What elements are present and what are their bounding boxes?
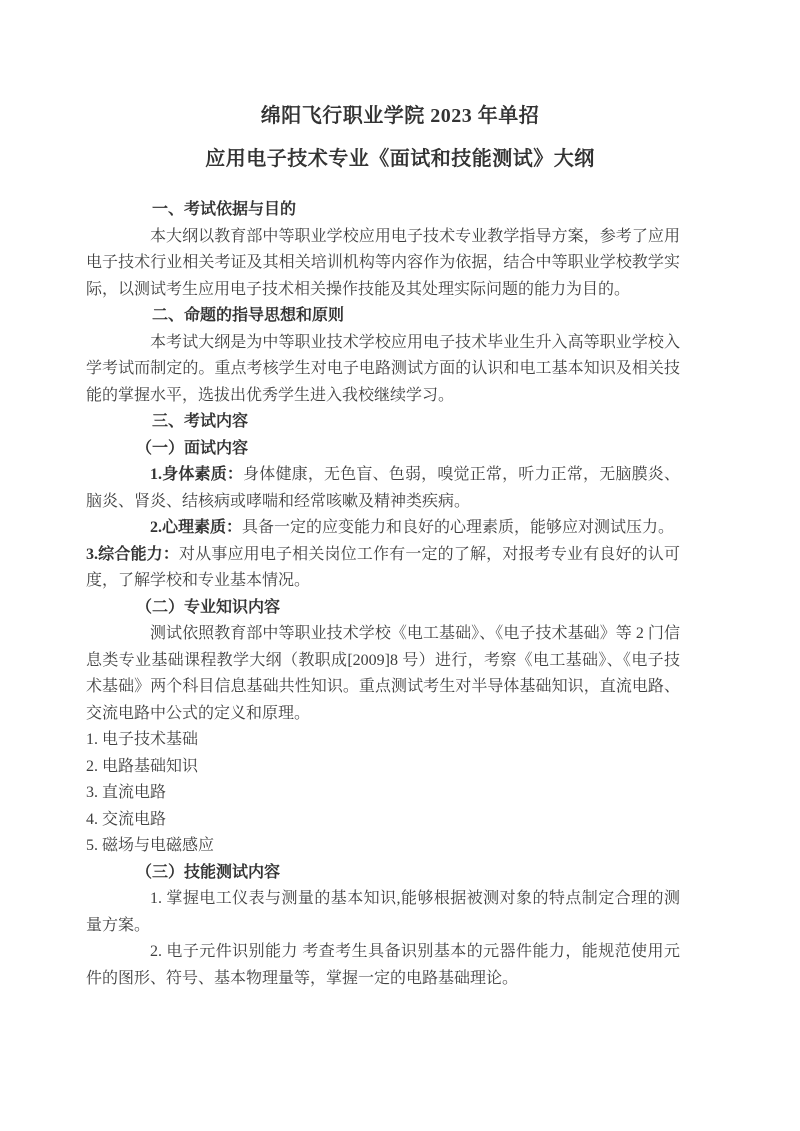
interview-item-comprehensive: 3.综合能力：对从事应用电子相关岗位工作有一定的了解，对报考专业有良好的认可度，…	[86, 542, 680, 595]
knowledge-list-item: 2. 电路基础知识	[86, 754, 680, 781]
interview-item-psychological-label: 2.心理素质：	[150, 519, 242, 536]
interview-item-physical-label: 1.身体素质：	[150, 466, 243, 483]
para-professional-knowledge: 测试依照教育部中等职业技术学校《电工基础》、《电子技术基础》等 2 门信息类专业…	[86, 621, 680, 727]
interview-item-physical: 1.身体素质：身体健康，无色盲、色弱，嗅觉正常，听力正常，无脑膜炎、脑炎、肾炎、…	[86, 462, 680, 515]
heading-exam-content: 三、考试内容	[152, 409, 680, 436]
knowledge-list-item: 1. 电子技术基础	[86, 727, 680, 754]
doc-title-line1: 绵阳飞行职业学院 2023 年单招	[0, 0, 800, 129]
knowledge-list-item: 4. 交流电路	[86, 807, 680, 834]
heading-exam-basis: 一、考试依据与目的	[152, 197, 680, 224]
heading-guiding-principles: 二、命题的指导思想和原则	[152, 303, 680, 330]
heading-interview-content: （一）面试内容	[136, 436, 680, 463]
knowledge-list-item: 3. 直流电路	[86, 780, 680, 807]
doc-body: 一、考试依据与目的 本大纲以教育部中等职业学校应用电子技术专业教学指导方案，参考…	[86, 197, 680, 992]
interview-item-psychological-text: 具备一定的应变能力和良好的心理素质，能够应对测试压力。	[242, 519, 674, 536]
para-guiding-principles: 本考试大纲是为中等职业技术学校应用电子技术毕业生升入高等职业学校入学考试而制定的…	[86, 330, 680, 410]
skill-item-component-identification: 2. 电子元件识别能力 考查考生具备识别基本的元器件能力，能规范使用元件的图形、…	[86, 939, 680, 992]
interview-item-psychological: 2.心理素质：具备一定的应变能力和良好的心理素质，能够应对测试压力。	[86, 515, 680, 542]
heading-professional-knowledge: （二）专业知识内容	[136, 595, 680, 622]
skill-item-measurement: 1. 掌握电工仪表与测量的基本知识,能够根据被测对象的特点制定合理的测量方案。	[86, 886, 680, 939]
doc-title-line2: 应用电子技术专业《面试和技能测试》大纲	[0, 146, 800, 172]
interview-item-comprehensive-label: 3.综合能力：	[86, 546, 179, 563]
heading-skill-test-content: （三）技能测试内容	[136, 860, 680, 887]
knowledge-list-item: 5. 磁场与电磁感应	[86, 833, 680, 860]
document-page: 绵阳飞行职业学院 2023 年单招 应用电子技术专业《面试和技能测试》大纲 一、…	[0, 0, 800, 1131]
para-exam-basis: 本大纲以教育部中等职业学校应用电子技术专业教学指导方案，参考了应用电子技术行业相…	[86, 224, 680, 304]
